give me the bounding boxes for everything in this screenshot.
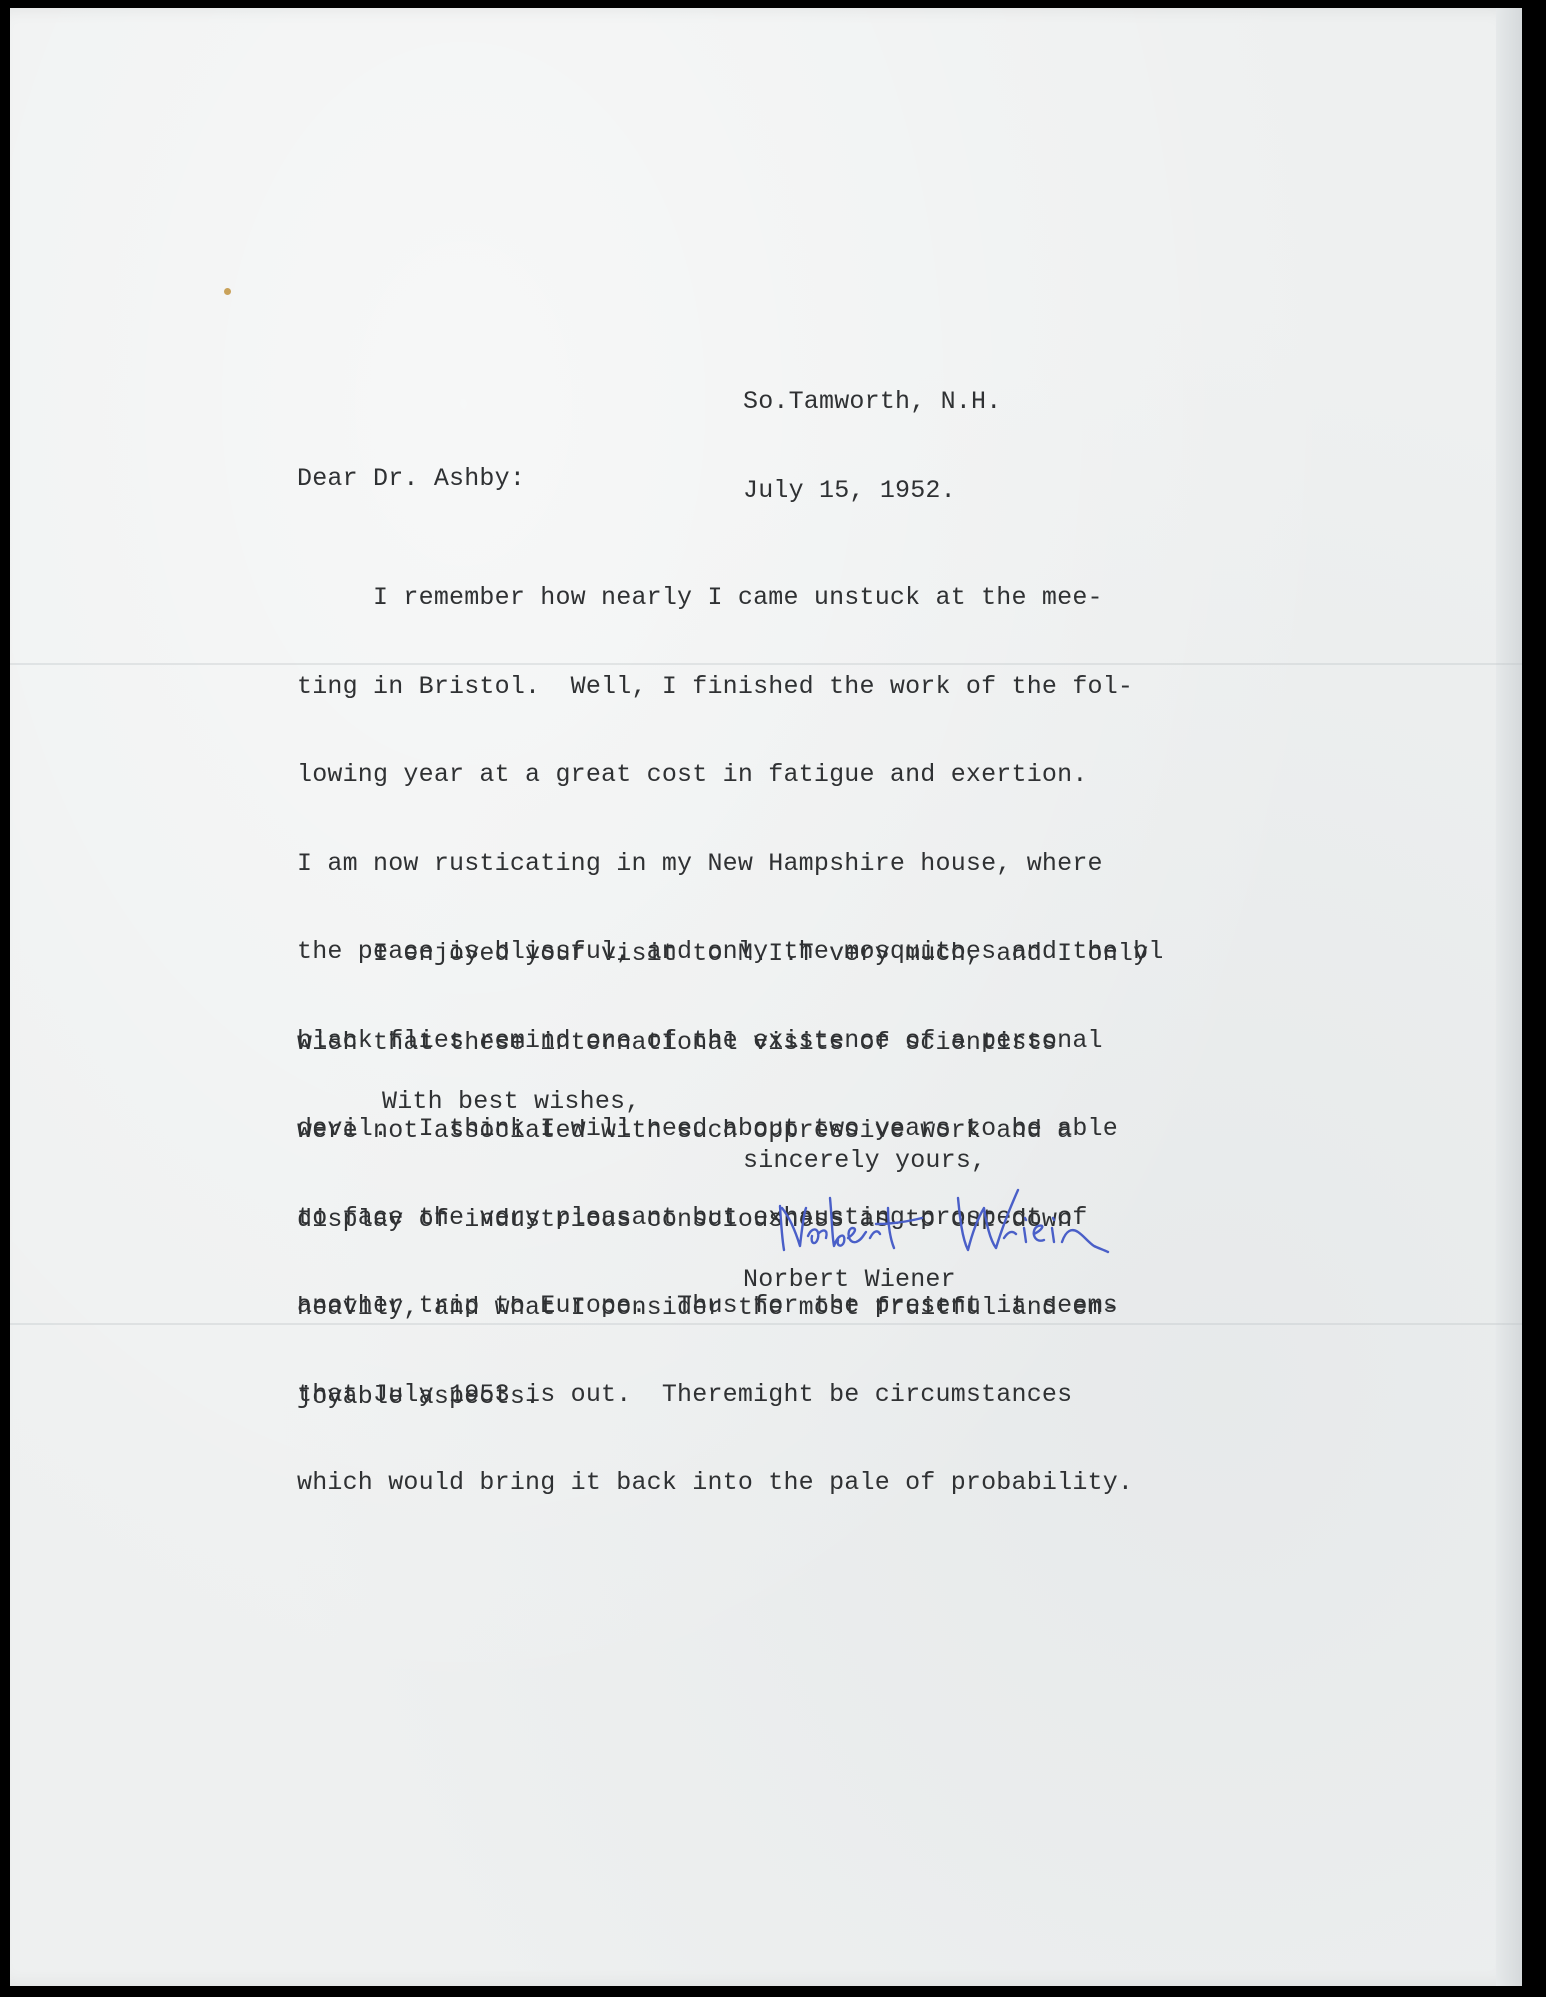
letter-date: July 15, 1952. xyxy=(743,476,1001,506)
closing-line: With best wishes, xyxy=(382,1087,640,1117)
salutation: Dear Dr. Ashby: xyxy=(297,464,525,494)
paragraph-line: I enjoyed your visit to M.I.T very much,… xyxy=(297,939,1148,969)
paragraph-line: wish that these international visits of … xyxy=(297,1028,1148,1058)
paper-edge xyxy=(1496,8,1522,1986)
paragraph-line: lowing year at a great cost in fatigue a… xyxy=(297,760,1164,790)
handwritten-signature xyxy=(772,1188,1132,1268)
paragraph-line: heavily, and what I consider the most fr… xyxy=(297,1293,1148,1323)
paper-stain xyxy=(224,288,231,295)
paragraph-line: I remember how nearly I came unstuck at … xyxy=(297,583,1164,613)
body-paragraph-2: I enjoyed your visit to M.I.T very much,… xyxy=(297,880,1148,1441)
paragraph-line: which would bring it back into the pale … xyxy=(297,1468,1164,1498)
sender-place: So.Tamworth, N.H. xyxy=(743,387,1001,417)
paragraph-line: ting in Bristol. Well, I finished the wo… xyxy=(297,672,1164,702)
paragraph-line: I am now rusticating in my New Hampshire… xyxy=(297,849,1164,879)
letter-header: So.Tamworth, N.H. July 15, 1952. xyxy=(743,328,1001,535)
valediction: sincerely yours, xyxy=(743,1146,986,1176)
typed-signatory-name: Norbert Wiener xyxy=(743,1265,956,1295)
paragraph-line: joyable aspects. xyxy=(297,1382,1148,1412)
paragraph-line: were not associated with such oppressive… xyxy=(297,1116,1148,1146)
